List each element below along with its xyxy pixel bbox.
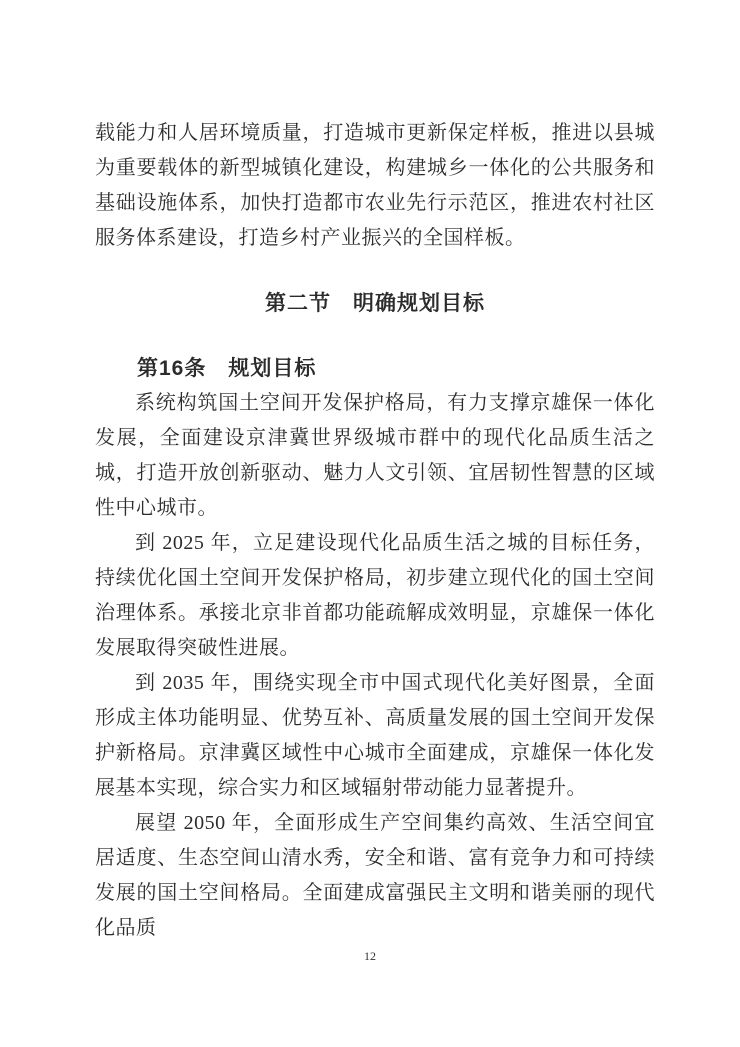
paragraph-goals-overview: 系统构筑国土空间开发保护格局，有力支撑京雄保一体化发展，全面建设京津冀世界级城市… [95, 386, 655, 526]
paragraph-2050-outlook: 展望 2050 年，全面形成生产空间集约高效、生活空间宜居适度、生态空间山清水秀… [95, 806, 655, 946]
continuation-paragraph: 载能力和人居环境质量，打造城市更新保定样板，推进以县城为重要载体的新型城镇化建设… [95, 116, 655, 256]
page-number: 12 [0, 949, 740, 963]
article-heading: 第16条 规划目标 [95, 351, 655, 386]
page-content: 载能力和人居环境质量，打造城市更新保定样板，推进以县城为重要载体的新型城镇化建设… [95, 116, 655, 946]
document-page: 载能力和人居环境质量，打造城市更新保定样板，推进以县城为重要载体的新型城镇化建设… [0, 0, 740, 1047]
paragraph-2035-target: 到 2035 年，围绕实现全市中国式现代化美好图景，全面形成主体功能明显、优势互… [95, 666, 655, 806]
paragraph-2025-target: 到 2025 年，立足建设现代化品质生活之城的目标任务，持续优化国土空间开发保护… [95, 526, 655, 666]
section-title: 第二节 明确规划目标 [95, 286, 655, 321]
